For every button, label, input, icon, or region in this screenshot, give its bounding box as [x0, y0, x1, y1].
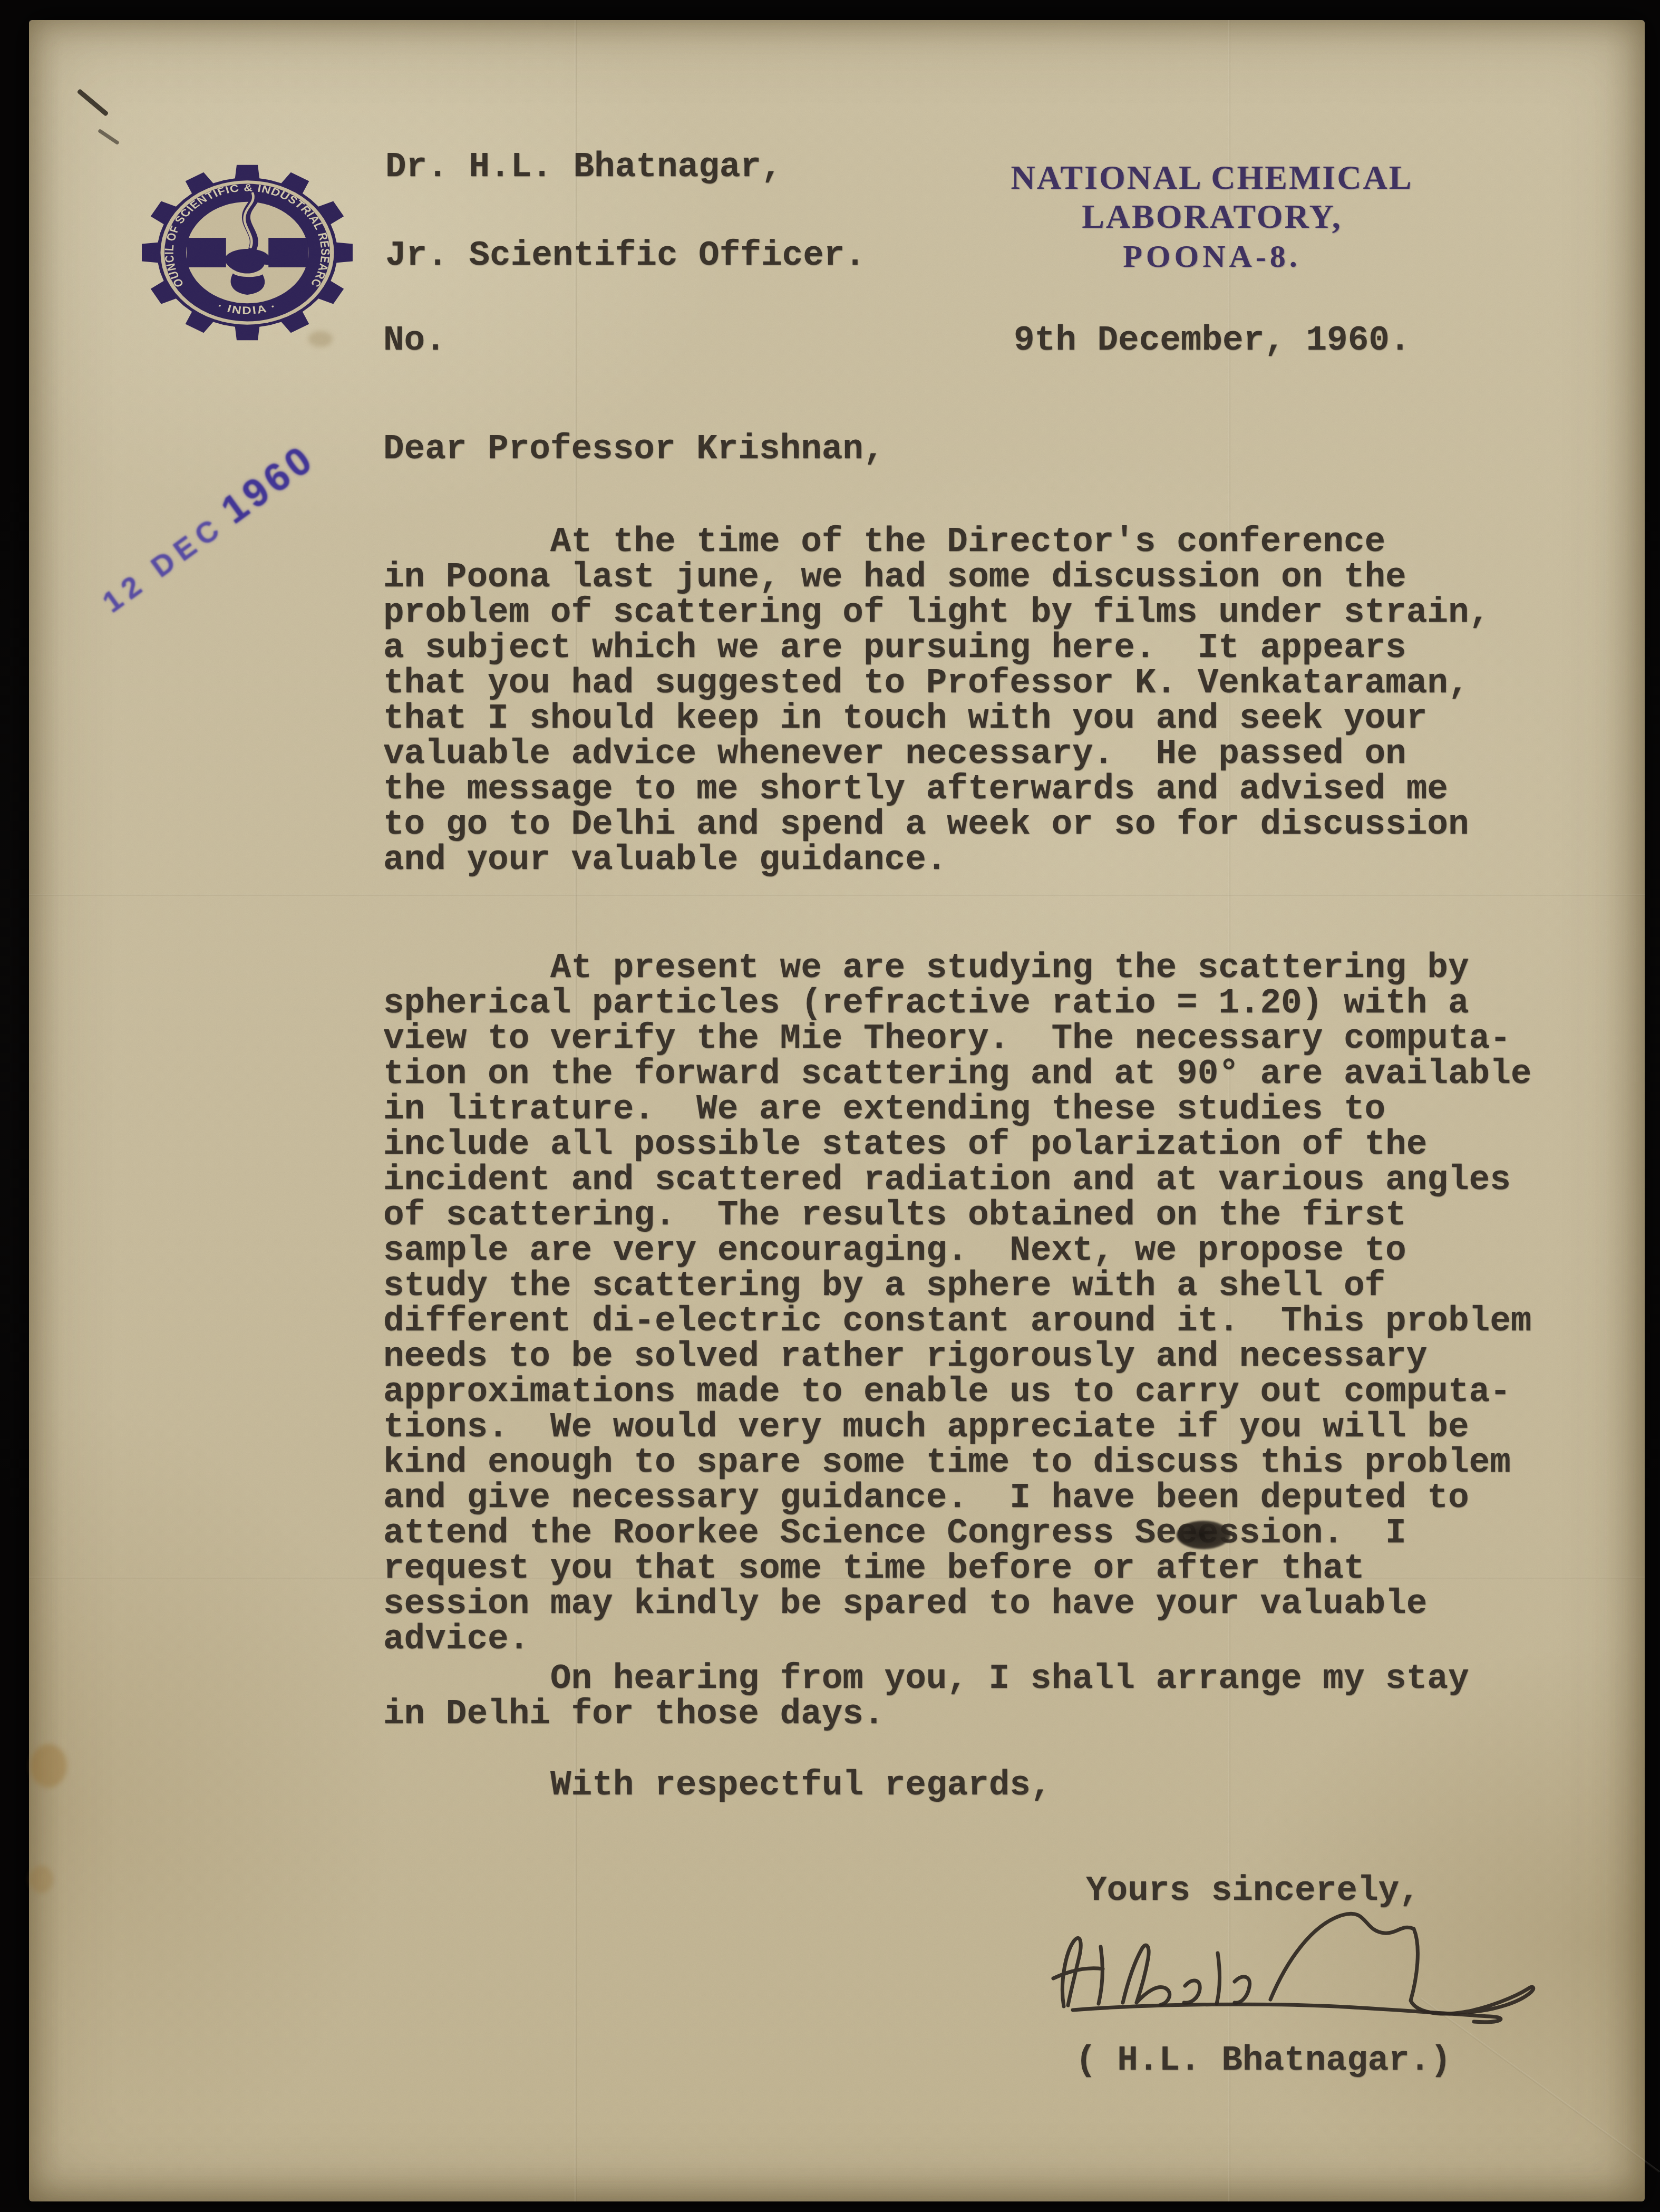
paragraph-1: At the time of the Director's conference…: [383, 524, 1490, 877]
letter-paper: COUNCIL OF SCIENTIFIC & INDUSTRIAL RESEA…: [29, 20, 1645, 2201]
sender-block: Dr. H.L. Bhatnagar, Jr. Scientific Offic…: [385, 145, 866, 278]
signature-stroke: [1053, 1938, 1103, 2006]
fold-crease-horizontal-upper: [29, 894, 1645, 896]
signature-underline: [1073, 2004, 1501, 2022]
reference-number-label: No.: [383, 323, 446, 358]
regards-line: With respectful regards,: [550, 1767, 1052, 1803]
received-date-stamp: 12 DEC1960: [91, 392, 382, 621]
sender-name: Dr. H.L. Bhatnagar,: [385, 147, 782, 187]
org-city: POONA-8.: [896, 238, 1528, 275]
org-name: NATIONAL CHEMICAL LABORATORY,: [896, 158, 1528, 236]
paper-stain: [30, 1744, 67, 1788]
csir-logo: COUNCIL OF SCIENTIFIC & INDUSTRIAL RESEA…: [141, 165, 353, 341]
letter-date: 9th December, 1960.: [1014, 323, 1411, 358]
signature-flourish: [1270, 1914, 1533, 2014]
signature-stroke: [1123, 1945, 1250, 2005]
ink-blot-correction: [1177, 1521, 1230, 1549]
stamp-day-month: 12 DEC: [96, 509, 230, 619]
salutation: Dear Professor Krishnan,: [383, 431, 885, 467]
stamp-year: 1960: [213, 436, 323, 532]
ink-scratch-mark: [98, 129, 120, 146]
paragraph-3: On hearing from you, I shall arrange my …: [383, 1661, 1469, 1732]
scan-background: COUNCIL OF SCIENTIFIC & INDUSTRIAL RESEA…: [0, 0, 1660, 2212]
sender-title: Jr. Scientific Officer.: [385, 236, 866, 275]
typed-signature-name: ( H.L. Bhatnagar.): [1075, 2043, 1451, 2078]
ink-scratch-mark: [77, 89, 109, 117]
handwritten-signature: [1044, 1898, 1550, 2041]
paragraph-2: At present we are studying the scatterin…: [383, 950, 1531, 1657]
paper-stain: [29, 1866, 53, 1893]
